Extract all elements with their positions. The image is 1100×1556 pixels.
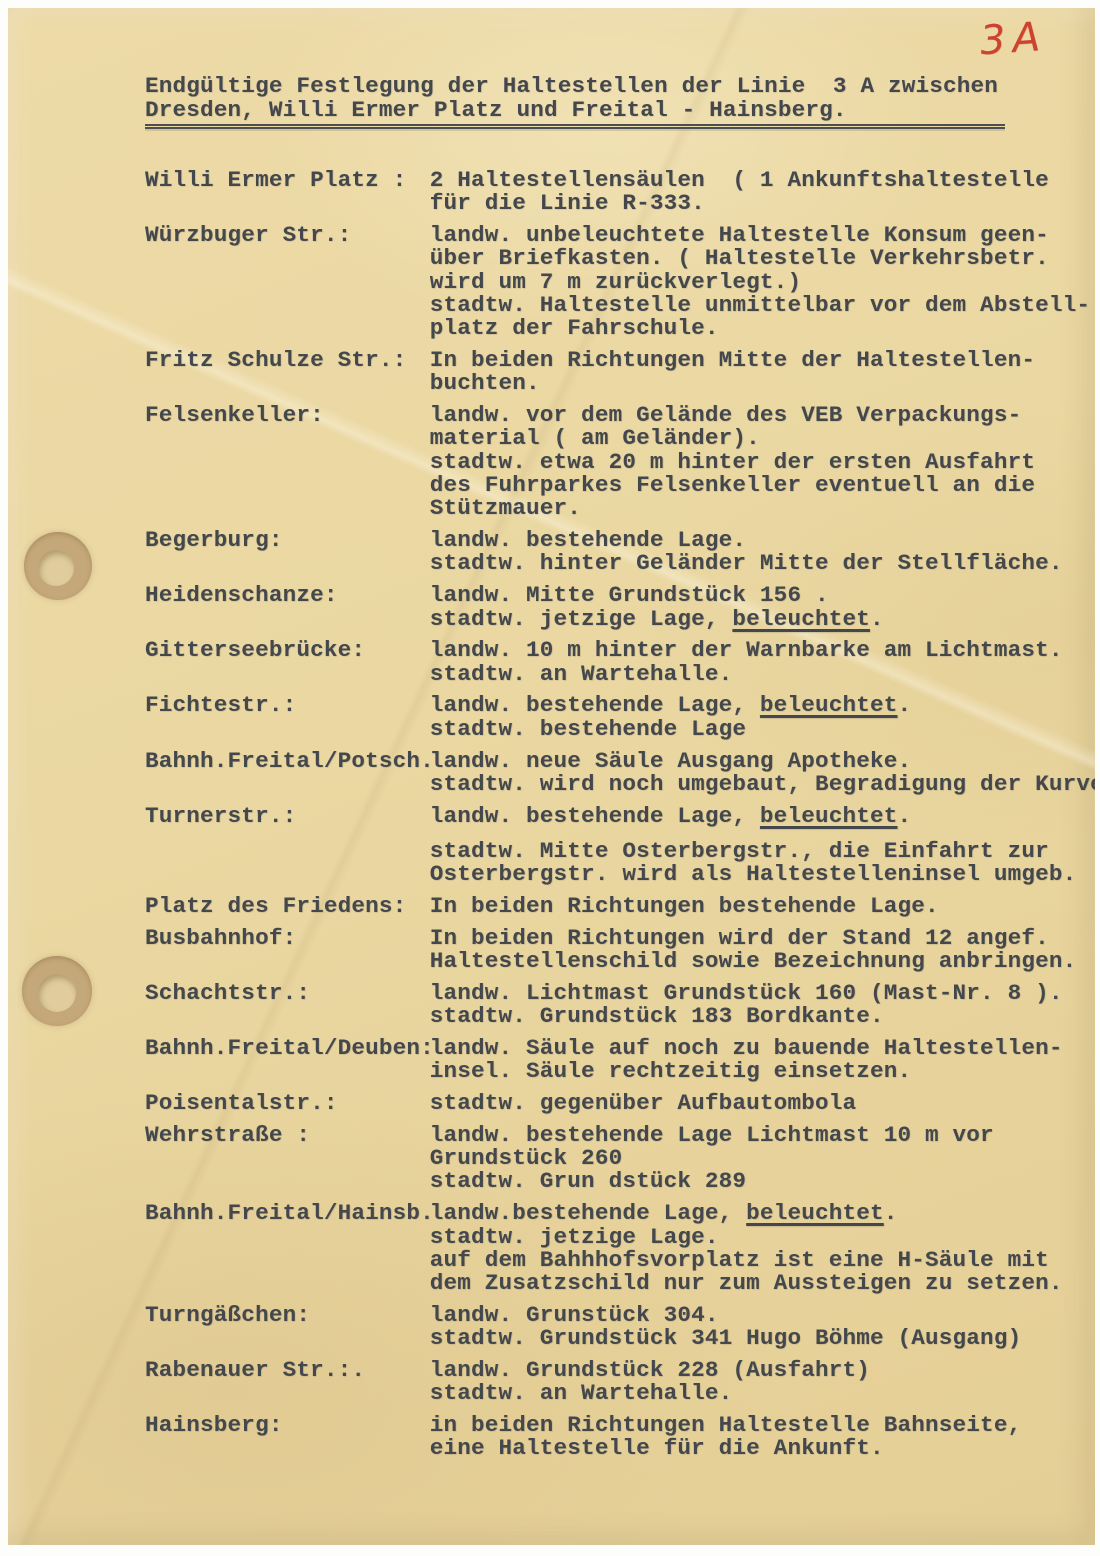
text-segment: Osterbergstr. wird als Haltestelleninsel… [430,861,1077,887]
description-line: landw. Grundstück 228 (Ausfahrt) [430,1359,1085,1382]
stop-entry: Turnerstr.:landw. bestehende Lage, beleu… [145,805,1085,887]
text-segment: stadtw. wird noch umgebaut, Begradigung … [430,771,1095,797]
stop-entry: Bahnh.Freital/Potsch.landw. neue Säule A… [145,750,1085,797]
stop-entry: Poisentalstr.:stadtw. gegenüber Aufbauto… [145,1092,1085,1115]
text-segment: auf dem Bahhhofsvorplatz ist eine H-Säul… [430,1247,1049,1273]
stop-entry: Würzbuger Str.:landw. unbeleuchtete Halt… [145,224,1085,340]
text-segment: landw. bestehende Lage. [430,527,746,553]
stop-name: Turngäßchen: [145,1304,430,1327]
text-segment: 2 Haltestellensäulen ( 1 Ankunftshaltest… [430,167,1049,193]
description-line: in beiden Richtungen Haltestelle Bahnsei… [430,1414,1085,1437]
text-segment: stadtw. an Wartehalle. [430,661,733,687]
description-line: landw. vor dem Gelände des VEB Verpackun… [430,404,1085,427]
stop-description: landw. bestehende Lage, beleuchtet.stadt… [430,805,1085,887]
hole-punch-bottom [22,956,92,1026]
description-line: stadtw. Mitte Osterbergstr., die Einfahr… [430,840,1085,863]
description-line: stadtw. etwa 20 m hinter der ersten Ausf… [430,451,1085,474]
text-segment: In beiden Richtungen bestehende Lage. [430,893,939,919]
hole-punch-top [24,532,92,600]
description-line: Stützmauer. [430,497,1085,520]
text-segment: in beiden Richtungen Haltestelle Bahnsei… [430,1412,1022,1438]
stop-description: landw. Grunstück 304.stadtw. Grundstück … [430,1304,1085,1351]
description-line: stadtw. jetzige Lage, beleuchtet. [430,608,1085,631]
stop-entry: Wehrstraße :landw. bestehende Lage Licht… [145,1124,1085,1194]
stop-description: landw. Mitte Grundstück 156 .stadtw. jet… [430,584,1085,631]
text-segment: stadtw. Grun dstück 289 [430,1168,746,1194]
description-line: insel. Säule rechtzeitig einsetzen. [430,1060,1085,1083]
stop-description: In beiden Richtungen bestehende Lage. [430,895,1085,918]
description-line: landw. bestehende Lage, beleuchtet. [430,805,1085,828]
text-segment: landw.bestehende Lage, [430,1200,746,1226]
description-line: landw. bestehende Lage Lichtmast 10 m vo… [430,1124,1085,1147]
description-line: landw. Mitte Grundstück 156 . [430,584,1085,607]
stop-name: Busbahnhof: [145,927,430,950]
stop-description: In beiden Richtungen Mitte der Haltestel… [430,349,1085,396]
description-line: landw. bestehende Lage. [430,529,1085,552]
stop-entry: Turngäßchen:landw. Grunstück 304.stadtw.… [145,1304,1085,1351]
text-segment: . [884,1200,898,1226]
description-line: In beiden Richtungen wird der Stand 12 a… [430,927,1085,950]
description-line: stadtw. an Wartehalle. [430,663,1085,686]
description-line: landw. neue Säule Ausgang Apotheke. [430,750,1085,773]
text-segment: . [898,692,912,718]
text-segment: für die Linie R-333. [430,190,705,216]
description-line: landw. bestehende Lage, beleuchtet. [430,694,1085,717]
description-line: Haltestellenschild sowie Bezeichnung anb… [430,950,1085,973]
document-page: 3A Endgültige Festlegung der Haltestelle… [8,8,1095,1545]
text-segment: stadtw. gegenüber Aufbautombola [430,1090,857,1116]
description-line: stadtw. Haltestelle unmittelbar vor dem … [430,294,1085,317]
stop-name: Würzbuger Str.: [145,224,430,247]
stop-name: Rabenauer Str.:. [145,1359,430,1382]
stop-entry: Hainsberg:in beiden Richtungen Haltestel… [145,1414,1085,1461]
description-line: buchten. [430,372,1085,395]
description-line: wird um 7 m zurückverlegt.) [430,271,1085,294]
text-segment: Grundstück 260 [430,1145,623,1171]
description-line: In beiden Richtungen Mitte der Haltestel… [430,349,1085,372]
stop-entry: Rabenauer Str.:.landw. Grundstück 228 (A… [145,1359,1085,1406]
stop-entry: Begerburg:landw. bestehende Lage.stadtw.… [145,529,1085,576]
stop-name: Begerburg: [145,529,430,552]
text-segment: In beiden Richtungen wird der Stand 12 a… [430,925,1049,951]
document-title-line1: Endgültige Festlegung der Haltestellen d… [145,74,1005,98]
stop-entry: Busbahnhof:In beiden Richtungen wird der… [145,927,1085,974]
stop-name: Poisentalstr.: [145,1092,430,1115]
stop-entry: Fichtestr.:landw. bestehende Lage, beleu… [145,694,1085,741]
underlined-text: beleuchtet [760,692,898,718]
description-line: landw. 10 m hinter der Warnbarke am Lich… [430,639,1085,662]
description-line: stadtw. Grundstück 183 Bordkante. [430,1005,1085,1028]
stop-name: Bahnh.Freital/Potsch. [145,750,430,773]
stop-description: landw. Säule auf noch zu bauende Haltest… [430,1037,1085,1084]
document-content: Endgültige Festlegung der Haltestellen d… [145,74,1085,1469]
description-line: des Fuhrparkes Felsenkeller eventuell an… [430,474,1085,497]
text-segment: über Briefkasten. ( Haltestelle Verkehrs… [430,245,1049,271]
text-segment: stadtw. an Wartehalle. [430,1380,733,1406]
text-segment: eine Haltestelle für die Ankunft. [430,1435,884,1461]
underlined-text: beleuchtet [746,1200,884,1226]
text-segment: wird um 7 m zurückverlegt.) [430,269,801,295]
text-segment: . [898,803,912,829]
stop-name: Platz des Friedens: [145,895,430,918]
stop-name: Schachtstr.: [145,982,430,1005]
text-segment: landw. Säule auf noch zu bauende Haltest… [430,1035,1063,1061]
description-line: stadtw. Grun dstück 289 [430,1170,1085,1193]
description-line: landw. unbeleuchtete Haltestelle Konsum … [430,224,1085,247]
text-segment: insel. Säule rechtzeitig einsetzen. [430,1058,912,1084]
stop-entry: Bahnh.Freital/Deuben:landw. Säule auf no… [145,1037,1085,1084]
text-segment: Stützmauer. [430,495,581,521]
stop-description: 2 Haltestellensäulen ( 1 Ankunftshaltest… [430,169,1085,216]
text-segment: landw. Lichtmast Grundstück 160 (Mast-Nr… [430,980,1063,1006]
text-segment: stadtw. Mitte Osterbergstr., die Einfahr… [430,838,1049,864]
description-line: auf dem Bahhhofsvorplatz ist eine H-Säul… [430,1249,1085,1272]
stop-entry: Bahnh.Freital/Hainsb.landw.bestehende La… [145,1202,1085,1295]
text-segment: material ( am Geländer). [430,425,760,451]
description-line: landw.bestehende Lage, beleuchtet. [430,1202,1085,1225]
stop-entry: Gitterseebrücke:landw. 10 m hinter der W… [145,639,1085,686]
text-segment: des Fuhrparkes Felsenkeller eventuell an… [430,472,1035,498]
stop-entry: Schachtstr.:landw. Lichtmast Grundstück … [145,982,1085,1029]
stop-entry: Willi Ermer Platz :2 Haltestellensäulen … [145,169,1085,216]
text-segment: stadtw. jetzige Lage. [430,1224,719,1250]
description-line: material ( am Geländer). [430,427,1085,450]
stop-name: Gitterseebrücke: [145,639,430,662]
text-segment: stadtw. Grundstück 341 Hugo Böhme (Ausga… [430,1325,1022,1351]
text-segment: landw. Grundstück 228 (Ausfahrt) [430,1357,870,1383]
text-segment: stadtw. hinter Geländer Mitte der Stellf… [430,550,1063,576]
description-line: stadtw. wird noch umgebaut, Begradigung … [430,773,1085,796]
description-line: platz der Fahrschule. [430,317,1085,340]
document-title: Endgültige Festlegung der Haltestellen d… [145,74,1005,129]
text-segment: landw. bestehende Lage Lichtmast 10 m vo… [430,1122,994,1148]
text-segment: landw. Mitte Grundstück 156 . [430,582,829,608]
description-line: eine Haltestelle für die Ankunft. [430,1437,1085,1460]
text-segment: landw. bestehende Lage, [430,803,760,829]
stop-description: landw. 10 m hinter der Warnbarke am Lich… [430,639,1085,686]
description-line: stadtw. hinter Geländer Mitte der Stellf… [430,552,1085,575]
stops-list: Willi Ermer Platz :2 Haltestellensäulen … [145,169,1085,1461]
stop-description: landw. vor dem Gelände des VEB Verpackun… [430,404,1085,520]
stop-entry: Fritz Schulze Str.:In beiden Richtungen … [145,349,1085,396]
description-line: In beiden Richtungen bestehende Lage. [430,895,1085,918]
stop-description: landw. bestehende Lage Lichtmast 10 m vo… [430,1124,1085,1194]
stop-name: Heidenschanze: [145,584,430,607]
text-segment: landw. neue Säule Ausgang Apotheke. [430,748,912,774]
description-line: stadtw. Grundstück 341 Hugo Böhme (Ausga… [430,1327,1085,1350]
description-line: stadtw. an Wartehalle. [430,1382,1085,1405]
stop-name: Wehrstraße : [145,1124,430,1147]
stop-description: stadtw. gegenüber Aufbautombola [430,1092,1085,1115]
text-segment: buchten. [430,370,540,396]
text-segment: landw. bestehende Lage, [430,692,760,718]
underlined-text: beleuchtet [760,803,898,829]
description-line: landw. Säule auf noch zu bauende Haltest… [430,1037,1085,1060]
description-line: über Briefkasten. ( Haltestelle Verkehrs… [430,247,1085,270]
stop-name: Fritz Schulze Str.: [145,349,430,372]
underlined-text: beleuchtet [732,606,870,632]
description-line: Osterbergstr. wird als Haltestelleninsel… [430,863,1085,886]
description-line: Grundstück 260 [430,1147,1085,1170]
text-segment: landw. unbeleuchtete Haltestelle Konsum … [430,222,1049,248]
stop-description: landw. unbeleuchtete Haltestelle Konsum … [430,224,1085,340]
text-segment: stadtw. jetzige Lage, [430,606,733,632]
stop-description: landw. bestehende Lage.stadtw. hinter Ge… [430,529,1085,576]
text-segment: landw. vor dem Gelände des VEB Verpackun… [430,402,1022,428]
hole-punch-bottom-inner [38,974,76,1012]
text-segment: stadtw. bestehende Lage [430,716,746,742]
stop-entry: Platz des Friedens:In beiden Richtungen … [145,895,1085,918]
stop-description: landw.bestehende Lage, beleuchtet.stadtw… [430,1202,1085,1295]
stop-description: landw. Grundstück 228 (Ausfahrt)stadtw. … [430,1359,1085,1406]
hole-punch-top-inner [38,550,74,586]
stop-name: Turnerstr.: [145,805,430,828]
stop-name: Bahnh.Freital/Deuben: [145,1037,430,1060]
stop-description: in beiden Richtungen Haltestelle Bahnsei… [430,1414,1085,1461]
stop-entry: Heidenschanze:landw. Mitte Grundstück 15… [145,584,1085,631]
text-segment: landw. 10 m hinter der Warnbarke am Lich… [430,637,1063,663]
text-segment: stadtw. etwa 20 m hinter der ersten Ausf… [430,449,1035,475]
stop-description: landw. Lichtmast Grundstück 160 (Mast-Nr… [430,982,1085,1029]
document-title-line2: Dresden, Willi Ermer Platz und Freital -… [145,98,1005,129]
description-line: landw. Lichtmast Grundstück 160 (Mast-Nr… [430,982,1085,1005]
handwritten-annotation: 3A [979,14,1049,65]
stop-description: landw. neue Säule Ausgang Apotheke.stadt… [430,750,1085,797]
text-segment: landw. Grunstück 304. [430,1302,719,1328]
description-line: 2 Haltestellensäulen ( 1 Ankunftshaltest… [430,169,1085,192]
description-line: landw. Grunstück 304. [430,1304,1085,1327]
stop-name: Felsenkeller: [145,404,430,427]
stop-name: Hainsberg: [145,1414,430,1437]
text-segment: stadtw. Grundstück 183 Bordkante. [430,1003,884,1029]
text-segment: In beiden Richtungen Mitte der Haltestel… [430,347,1035,373]
text-segment: Haltestellenschild sowie Bezeichnung anb… [430,948,1077,974]
stop-name: Fichtestr.: [145,694,430,717]
text-segment: stadtw. Haltestelle unmittelbar vor dem … [430,292,1090,318]
description-line: für die Linie R-333. [430,192,1085,215]
description-line: stadtw. jetzige Lage. [430,1226,1085,1249]
stop-name: Willi Ermer Platz : [145,169,430,192]
description-line: stadtw. gegenüber Aufbautombola [430,1092,1085,1115]
stop-description: In beiden Richtungen wird der Stand 12 a… [430,927,1085,974]
text-segment: dem Zusatzschild nur zum Aussteigen zu s… [430,1270,1063,1296]
text-segment: . [870,606,884,632]
stop-entry: Felsenkeller:landw. vor dem Gelände des … [145,404,1085,520]
stop-description: landw. bestehende Lage, beleuchtet.stadt… [430,694,1085,741]
stop-name: Bahnh.Freital/Hainsb. [145,1202,430,1225]
description-line: dem Zusatzschild nur zum Aussteigen zu s… [430,1272,1085,1295]
text-segment: platz der Fahrschule. [430,315,719,341]
description-line: stadtw. bestehende Lage [430,718,1085,741]
